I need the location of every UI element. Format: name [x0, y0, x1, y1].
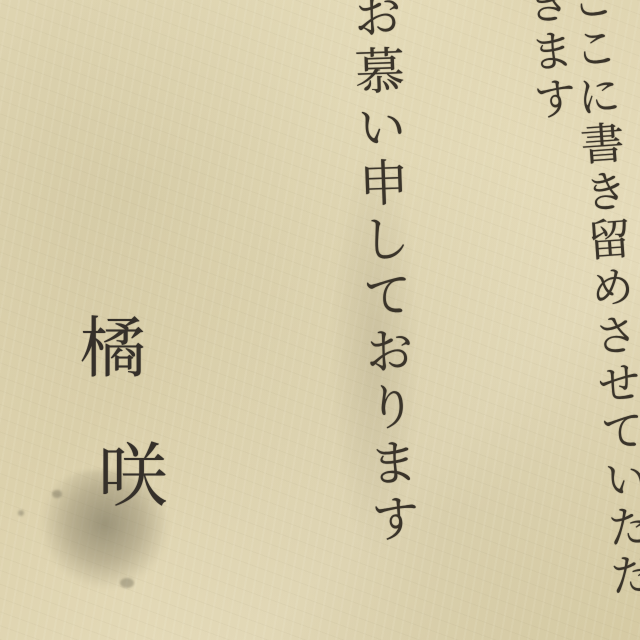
ink-speck — [18, 510, 24, 516]
signature-given-name: 咲 — [98, 420, 168, 521]
signature-family-name: 橘 — [80, 295, 146, 390]
ink-speck — [120, 578, 134, 588]
ink-speck — [52, 490, 62, 498]
